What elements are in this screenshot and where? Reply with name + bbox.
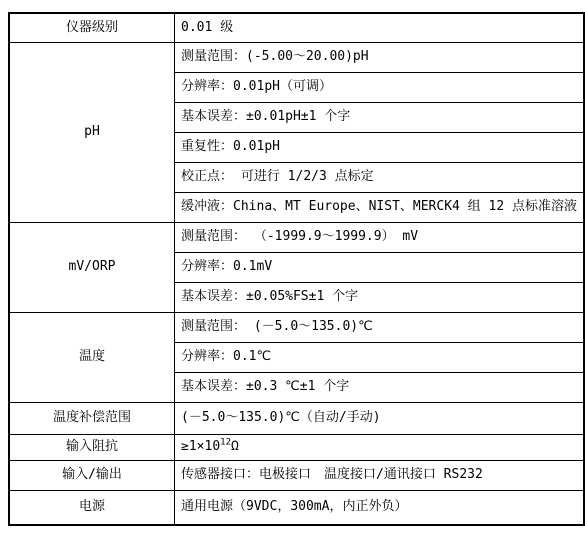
row-label-input-impedance: 输入阻抗 (9, 435, 175, 461)
cell-ph-buffer: 缓冲液：China、MT Europe、NIST、MERCK4 组 12 点标准… (175, 193, 584, 223)
page: 仪器级别 0.01 级 pH 测量范围：(-5.00～20.00)pH 分辨率：… (0, 0, 585, 538)
table-row: 仪器级别 0.01 级 (9, 13, 584, 43)
cell-instrument-grade: 0.01 级 (175, 13, 584, 43)
cell-temp-resolution: 分辨率：0.1℃ (175, 343, 584, 373)
table-row: 温度 测量范围： (－5.0～135.0)℃ (9, 313, 584, 343)
row-label-mv-orp: mV/ORP (9, 223, 175, 313)
cell-temp-compensation: (－5.0～135.0)℃（自动/手动) (175, 403, 584, 435)
cell-input-output: 传感器接口：电极接口 温度接口/通讯接口 RS232 (175, 461, 584, 491)
impedance-unit: Ω (231, 439, 239, 454)
cell-input-impedance: ≥1×1012Ω (175, 435, 584, 461)
row-label-power: 电源 (9, 491, 175, 526)
table-row: pH 测量范围：(-5.00～20.00)pH (9, 43, 584, 73)
impedance-base: ≥1×10 (181, 439, 220, 454)
row-label-input-output: 输入/输出 (9, 461, 175, 491)
spec-table: 仪器级别 0.01 级 pH 测量范围：(-5.00～20.00)pH 分辨率：… (8, 12, 585, 526)
cell-ph-range: 测量范围：(-5.00～20.00)pH (175, 43, 584, 73)
table-row: 电源 通用电源（9VDC，300mA，内正外负） (9, 491, 584, 526)
cell-power: 通用电源（9VDC，300mA，内正外负） (175, 491, 584, 526)
cell-mv-resolution: 分辨率：0.1mV (175, 253, 584, 283)
cell-ph-resolution: 分辨率：0.01pH（可调） (175, 73, 584, 103)
cell-ph-repeatability: 重复性：0.01pH (175, 133, 584, 163)
cell-ph-error: 基本误差：±0.01pH±1 个字 (175, 103, 584, 133)
cell-ph-calibration: 校正点： 可进行 1/2/3 点标定 (175, 163, 584, 193)
row-label-temperature: 温度 (9, 313, 175, 403)
impedance-exponent: 12 (220, 438, 231, 448)
cell-temp-range: 测量范围： (－5.0～135.0)℃ (175, 313, 584, 343)
cell-temp-error: 基本误差：±0.3 ℃±1 个字 (175, 373, 584, 403)
table-row: mV/ORP 测量范围： （-1999.9～1999.9） mV (9, 223, 584, 253)
table-row: 输入阻抗 ≥1×1012Ω (9, 435, 584, 461)
row-label-ph: pH (9, 43, 175, 223)
cell-mv-range: 测量范围： （-1999.9～1999.9） mV (175, 223, 584, 253)
cell-mv-error: 基本误差：±0.05%FS±1 个字 (175, 283, 584, 313)
table-row: 温度补偿范围 (－5.0～135.0)℃（自动/手动) (9, 403, 584, 435)
row-label-temp-compensation: 温度补偿范围 (9, 403, 175, 435)
table-row: 输入/输出 传感器接口：电极接口 温度接口/通讯接口 RS232 (9, 461, 584, 491)
row-label-instrument-grade: 仪器级别 (9, 13, 175, 43)
